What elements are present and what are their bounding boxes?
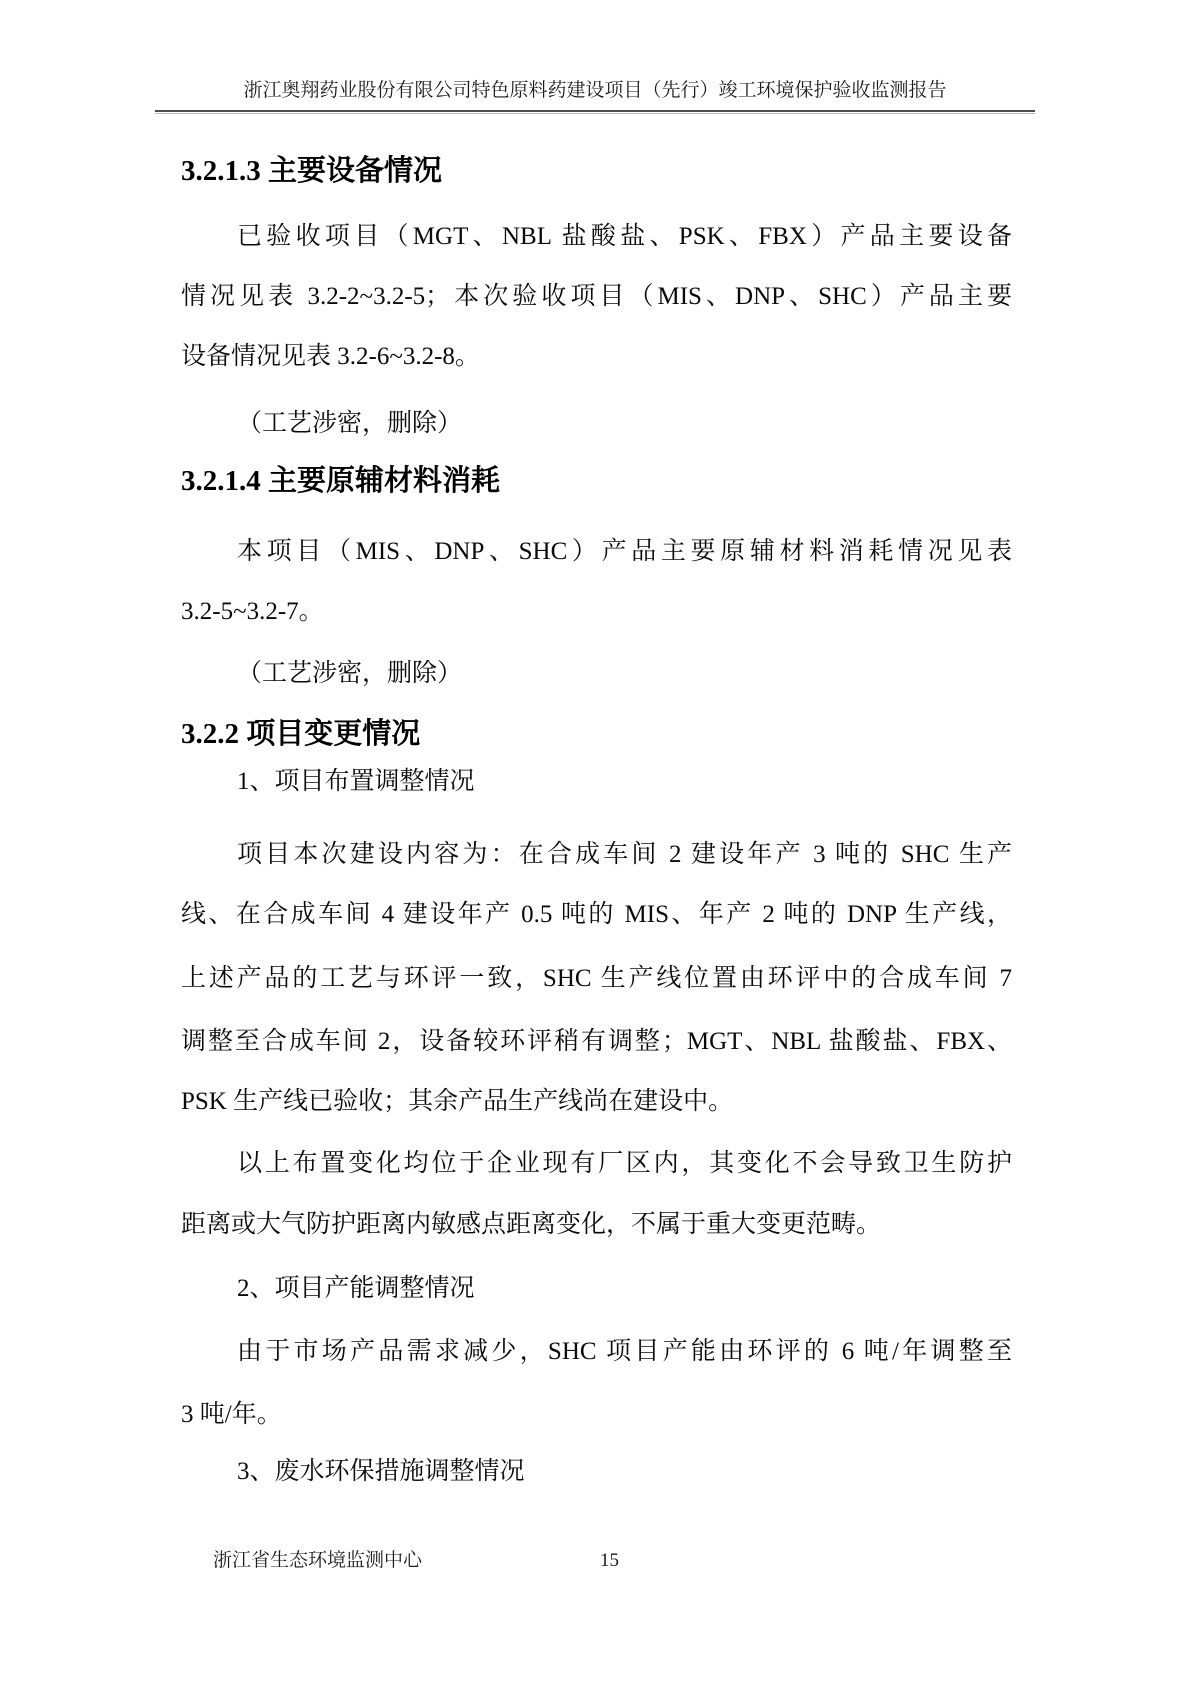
paragraph-line: 项目本次建设内容为：在合成车间 2 建设年产 3 吨的 SHC 生产: [181, 838, 1012, 874]
section-heading-materials: 3.2.1.4 主要原辅材料消耗: [181, 463, 1012, 499]
list-item-layout: 1、项目布置调整情况: [181, 765, 1012, 801]
paragraph-line: 已验收项目（MGT、NBL 盐酸盐、PSK、FBX）产品主要设备: [181, 220, 1012, 256]
paragraph-line: 情况见表 3.2-2~3.2-5；本次验收项目（MIS、DNP、SHC）产品主要: [181, 280, 1012, 316]
document-page: 浙江奥翔药业股份有限公司特色原料药建设项目（先行）竣工环境保护验收监测报告 3.…: [0, 0, 1190, 1683]
paragraph-line: 距离或大气防护距离内敏感点距离变化，不属于重大变更范畴。: [181, 1208, 1012, 1244]
paragraph-line: 线、在合成车间 4 建设年产 0.5 吨的 MIS、年产 2 吨的 DNP 生产…: [181, 898, 1012, 934]
paragraph-line: 由于市场产品需求减少，SHC 项目产能由环评的 6 吨/年调整至: [181, 1335, 1012, 1371]
paragraph-line: 3.2-5~3.2-7。: [181, 595, 1012, 631]
redacted-note: （工艺涉密，删除）: [181, 407, 1012, 443]
footer-page-number: 15: [600, 1549, 619, 1573]
paragraph-line: 以上布置变化均位于企业现有厂区内，其变化不会导致卫生防护: [181, 1147, 1012, 1183]
redacted-note: （工艺涉密，删除）: [181, 657, 1012, 693]
list-item-capacity: 2、项目产能调整情况: [181, 1272, 1012, 1308]
paragraph-line: 上述产品的工艺与环评一致，SHC 生产线位置由环评中的合成车间 7: [181, 962, 1012, 998]
section-heading-changes: 3.2.2 项目变更情况: [181, 716, 1012, 752]
header-rule-dark: [155, 110, 1035, 112]
section-heading-equipment: 3.2.1.3 主要设备情况: [181, 153, 1012, 189]
paragraph-line: 本项目（MIS、DNP、SHC）产品主要原辅材料消耗情况见表: [181, 535, 1012, 571]
paragraph-line: 调整至合成车间 2，设备较环评稍有调整；MGT、NBL 盐酸盐、FBX、: [181, 1025, 1012, 1061]
footer-organization: 浙江省生态环境监测中心: [213, 1549, 422, 1573]
list-item-wastewater: 3、废水环保措施调整情况: [181, 1455, 1012, 1491]
paragraph-line: PSK 生产线已验收；其余产品生产线尚在建设中。: [181, 1085, 1012, 1121]
paragraph-line: 3 吨/年。: [181, 1398, 1012, 1434]
running-header-title: 浙江奥翔药业股份有限公司特色原料药建设项目（先行）竣工环境保护验收监测报告: [155, 79, 1035, 103]
header-rule-light: [155, 113, 1035, 114]
paragraph-line: 设备情况见表 3.2-6~3.2-8。: [181, 340, 1012, 376]
